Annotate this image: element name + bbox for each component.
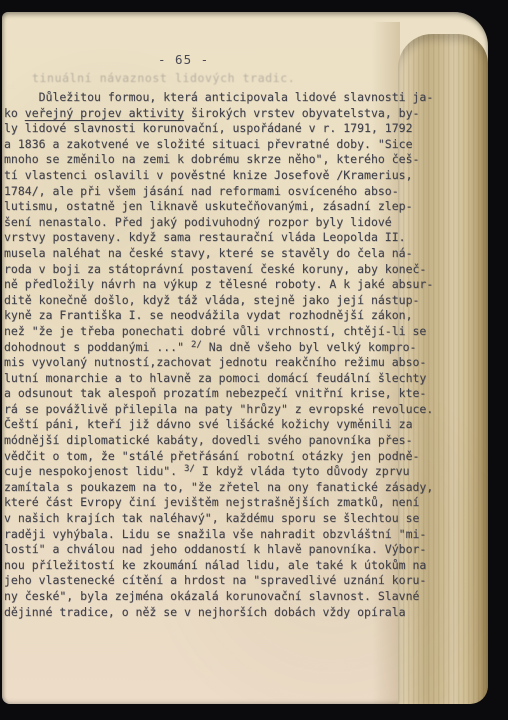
text-line: tí vlastenci oslavili v pověstné knize J… [4, 168, 432, 184]
text-line: vědčit o tom, že "stálé přetřásání robot… [4, 449, 432, 465]
text-line: roda v boji za státoprávní postavení čes… [4, 262, 432, 278]
text-line: ko veřejný projev aktivity širokých vrst… [4, 106, 432, 122]
text-segment: rá se povážlivě přilepila na paty "hrůzy… [4, 402, 433, 416]
text-line: dohodnout s poddanými ..." 2/ Na dně vše… [4, 340, 432, 356]
text-segment: a 1836 a zakotvené ve složité situaci př… [4, 137, 413, 151]
text-segment: mis vyvolaný nutností,zachovat jednotu r… [4, 355, 426, 369]
text-line: cuje nespokojenost lidu". 3/ I když vlád… [4, 464, 432, 480]
text-line: 1784/, ale při všem jásání nad reformami… [4, 184, 432, 200]
text-segment: módnější diplomatické kabáty, dovedli sv… [4, 433, 413, 447]
text-line: Čeští páni, kteří již dávno své lišácké … [4, 417, 432, 433]
text-segment: musela naléhat na české stavy, které se … [4, 246, 413, 260]
text-line: mis vyvolaný nutností,zachovat jednotu r… [4, 355, 432, 371]
text-line: šení nenastalo. Před jaký podivuhodný ro… [4, 215, 432, 231]
text-line: ny české", byla zejména okázalá korunova… [4, 589, 432, 605]
text-segment: a odsunout tak alespoň prozatím nebezpeč… [4, 386, 426, 400]
text-segment: dějinné tradice, o něž se v nejhorších d… [4, 605, 406, 619]
text-segment: lostí" a chválou nad jeho oddaností k hl… [4, 542, 426, 556]
text-segment: kyně za Františka I. se neodvážila vydat… [4, 308, 413, 322]
text-segment: které část Evropy činí jevištěm nejstraš… [4, 495, 419, 509]
text-segment: roda v boji za státoprávní postavení čes… [4, 262, 426, 276]
text-segment: ko [4, 106, 25, 120]
text-line: mnoho se změnilo na zemi k dobrému skrze… [4, 152, 432, 168]
text-segment: jeho vlastenecké cítění a hrdost na "spr… [4, 573, 426, 587]
text-segment: Na dně všeho byl velký kompro- [202, 340, 417, 354]
text-line: nou příležitostí ke zkoumání nálad lidu,… [4, 558, 432, 574]
text-line: které část Evropy činí jevištěm nejstraš… [4, 495, 432, 511]
text-line: dějinné tradice, o něž se v nejhorších d… [4, 605, 432, 621]
text-line: ditě konečně došlo, když táž vláda, stej… [4, 293, 432, 309]
text-segment: tí vlastenci oslavili v pověstné knize J… [4, 168, 413, 182]
section-heading-faded: tinuální návaznost lidových tradic. [32, 71, 295, 85]
text-line: lutní monarchie a to hlavně za pomoci do… [4, 371, 432, 387]
text-segment: v našich krajích tak naléhavý", každému … [4, 511, 419, 525]
text-line: raději vyhýbala. Lidu se snažila vše nah… [4, 527, 432, 543]
text-segment: širokých vrstev obyvatelstva, by- [184, 106, 419, 120]
text-segment: zamítala s poukazem na to, "že zřetel na… [4, 480, 433, 494]
text-segment: lutismu, ostatně jen liknavě uskutečňova… [4, 199, 413, 213]
text-line: lutismu, ostatně jen liknavě uskutečňova… [4, 199, 432, 215]
body-text: Důležitou formou, která anticipovala lid… [4, 90, 432, 620]
text-segment: nou příležitostí ke zkoumání nálad lidu,… [4, 558, 426, 572]
text-segment: lutní monarchie a to hlavně za pomoci do… [4, 371, 426, 385]
text-line: lostí" a chválou nad jeho oddaností k hl… [4, 542, 432, 558]
text-segment: než "že je třeba ponechati dobré vůli vr… [4, 324, 426, 338]
text-segment: mnoho se změnilo na zemi k dobrému skrze… [4, 152, 419, 166]
book-page: - 65 - tinuální návaznost lidových tradi… [2, 12, 488, 704]
text-segment: ny české", byla zejména okázalá korunova… [4, 589, 419, 603]
text-segment: cuje nespokojenost lidu". [4, 464, 184, 478]
text-segment: šení nenastalo. Před jaký podivuhodný ro… [4, 215, 392, 229]
text-segment: raději vyhýbala. Lidu se snažila vše nah… [4, 527, 426, 541]
page-number: - 65 - [158, 52, 209, 67]
text-line: zamítala s poukazem na to, "že zřetel na… [4, 480, 432, 496]
text-line: v našich krajích tak naléhavý", každému … [4, 511, 432, 527]
text-segment: dohodnout s poddanými ..." [4, 340, 191, 354]
text-segment: 3/ [184, 464, 195, 474]
text-line: ně předložily návrh na výkup z tělesné r… [4, 277, 432, 293]
text-line: kyně za Františka I. se neodvážila vydat… [4, 308, 432, 324]
text-line: musela naléhat na české stavy, které se … [4, 246, 432, 262]
text-segment: vědčit o tom, že "stálé přetřásání robot… [4, 449, 419, 463]
text-line: módnější diplomatické kabáty, dovedli sv… [4, 433, 432, 449]
text-line: a odsunout tak alespoň prozatím nebezpeč… [4, 386, 432, 402]
text-segment: 2/ [191, 340, 202, 350]
text-segment: I když vláda tyto důvody zprvu [195, 464, 410, 478]
text-segment: Důležitou formou, která anticipovala lid… [4, 90, 433, 104]
text-line: vrstvy postaveny. když sama restaurační … [4, 230, 432, 246]
text-line: jeho vlastenecké cítění a hrdost na "spr… [4, 573, 432, 589]
text-segment: 1784/, ale při všem jásání nad reformami… [4, 184, 399, 198]
text-segment: ditě konečně došlo, když táž vláda, stej… [4, 293, 419, 307]
text-line: rá se povážlivě přilepila na paty "hrůzy… [4, 402, 432, 418]
text-line: ly lidové slavnosti korunovační, uspořád… [4, 121, 432, 137]
text-segment: vrstvy postaveny. když sama restaurační … [4, 230, 406, 244]
text-line: Důležitou formou, která anticipovala lid… [4, 90, 432, 106]
text-segment: veřejný projev aktivity [25, 106, 184, 120]
text-segment: ně předložily návrh na výkup z tělesné r… [4, 277, 433, 291]
text-segment: ly lidové slavnosti korunovační, uspořád… [4, 121, 413, 135]
text-segment: Čeští páni, kteří již dávno své lišácké … [4, 417, 413, 431]
text-line: než "že je třeba ponechati dobré vůli vr… [4, 324, 432, 340]
text-line: a 1836 a zakotvené ve složité situaci př… [4, 137, 432, 153]
